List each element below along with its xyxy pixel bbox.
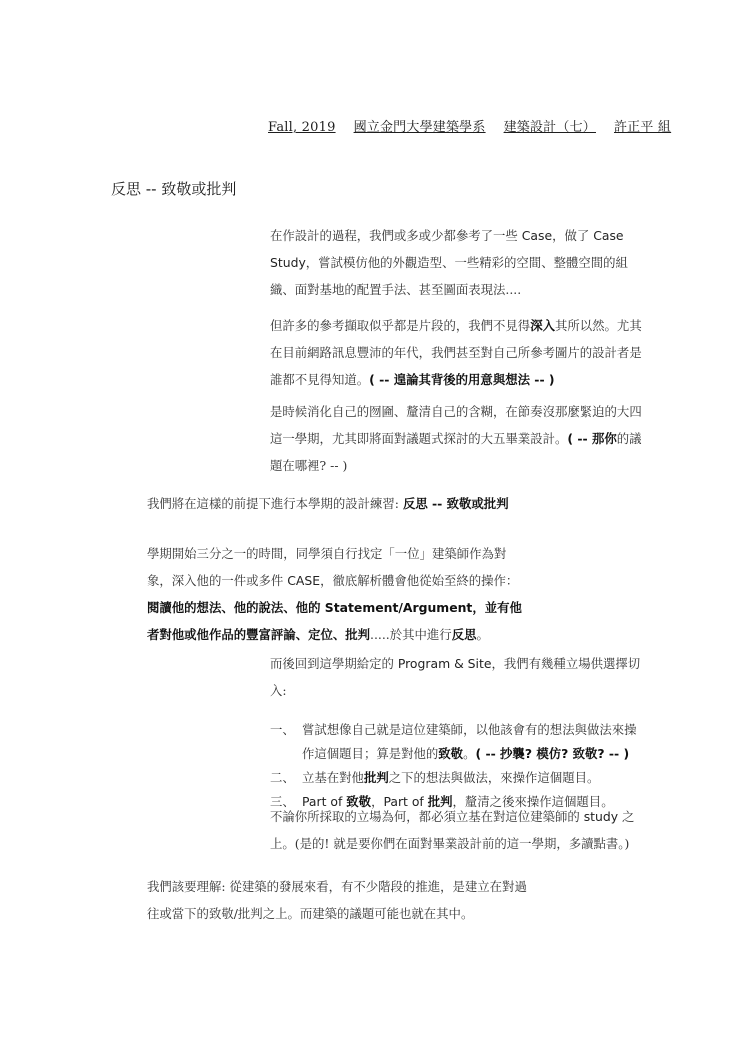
emphasis-critique: 批判 [364, 770, 389, 785]
stance-options-list: 一、 嘗試想像自己就是這位建築師，以他該會有的想法與做法來操作這個題目；算是對他… [270, 718, 642, 814]
header-school: 國立金門大學建築學系 [354, 120, 486, 135]
aside-note: ( -- 遑論其背後的用意與想法 -- ) [369, 372, 554, 387]
option-tribute: 一、 嘗試想像自己就是這位建築師，以他該會有的想法與做法來操作這個題目；算是對他… [270, 718, 642, 766]
document-title: 反思 -- 致敬或批判 [111, 178, 236, 199]
document-page: Fall, 2019國立金門大學建築學系建築設計（七）許正平 組 反思 -- 致… [0, 0, 740, 1046]
term-study: study [584, 809, 618, 824]
paragraph-digest: 是時候消化自己的囫圇、釐清自己的含糊，在節奏沒那麼緊迫的大四這一學期，尤其即將面… [270, 398, 642, 479]
paragraph-premise: 我們將在這樣的前提下進行本學期的設計練習: 反思 -- 致敬或批判 [147, 490, 567, 517]
option-critique: 二、 立基在對他批判之下的想法與做法，來操作這個題目。 [270, 766, 642, 790]
paragraph-program-site: 而後回到這學期給定的 Program & Site，我們有幾種立場供選擇切入: [270, 650, 642, 704]
paragraph-case-study: 在作設計的過程，我們或多或少都參考了一些 Case，做了 Case Study，… [270, 222, 642, 303]
emphasis-theme: 反思 -- 致敬或批判 [403, 496, 509, 511]
paragraph-conclusion: 我們該要理解: 從建築的發展來看，有不少階段的推進，是建立在對過往或當下的致敬/… [147, 873, 527, 927]
header-group: 許正平 組 [614, 120, 671, 135]
option-number: 一、 [270, 718, 295, 742]
aside-note: ( -- 抄襲? 模仿? 致敬? -- ) [475, 746, 629, 761]
term-program-site: Program & Site [398, 656, 492, 671]
emphasis-deep: 深入 [530, 318, 555, 333]
term-case: Case [522, 228, 552, 243]
paragraph-fragmented-reference: 但許多的參考擷取似乎都是片段的，我們不見得深入其所以然。尤其在目前網路訊息豐沛的… [270, 312, 642, 393]
emphasis-reflection: 反思 [452, 627, 477, 642]
term-case-upper: CASE [287, 573, 320, 588]
paragraph-study-basis: 不論你所採取的立場為何，都必須立基在對這位建築師的 study 之上。(是的! … [270, 803, 642, 857]
paragraph-assignment: 學期開始三分之一的時間，同學須自行找定「一位」建築師作為對象，深入他的一件或多件… [147, 540, 527, 648]
option-number: 二、 [270, 766, 295, 790]
aside-note: ( -- 那你 [567, 431, 616, 446]
course-header: Fall, 2019國立金門大學建築學系建築設計（七）許正平 組 [268, 116, 671, 135]
header-term: Fall, 2019 [268, 120, 336, 135]
emphasis-tribute: 致敬 [438, 746, 463, 761]
header-course: 建築設計（七） [504, 120, 596, 135]
